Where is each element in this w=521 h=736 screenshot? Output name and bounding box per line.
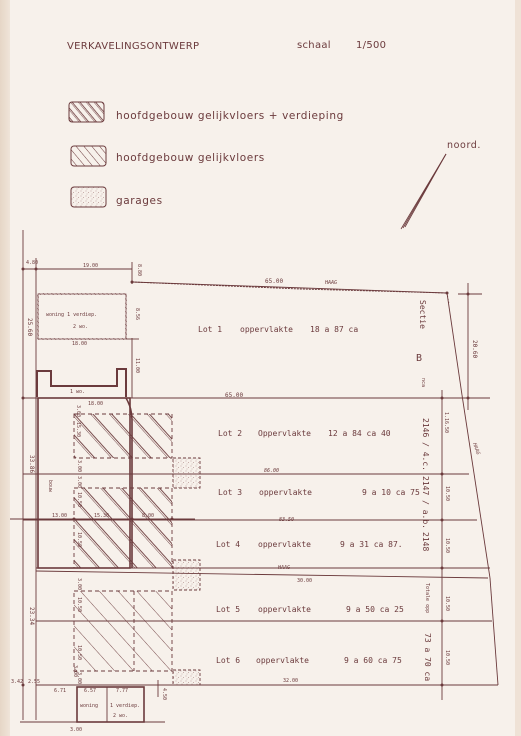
lot-3-area: 9 a 10 ca 75 [362,488,420,497]
dim-label: 2.55 [28,679,40,685]
section-sub: nca [420,378,426,387]
site-plan [0,0,521,736]
lot-5-area-label: oppervlakte [258,605,311,614]
dim-label: 3.00 [70,727,82,733]
dim-label: 33.86 [28,455,35,473]
dim-label: 10.50 [444,596,450,611]
dim-label: 6.57 [84,688,96,694]
dim-label: 15.30 [75,422,81,437]
house-label-bottom: woning [80,703,98,709]
dim-label: 86.00 [264,468,279,474]
total-label: Totale opp [424,583,430,613]
lot-2-area: 12 a 84 ca 40 [328,429,391,438]
lot-2-name: Lot 2 [218,429,242,438]
dim-label: 8.80 [136,264,142,276]
dim-label: 3.42 [11,679,23,685]
dim-label: 10.50 [76,597,82,612]
house-label-bottom-2: 1 verdiep. [110,703,140,709]
section-label: Sectie [418,300,427,329]
lot-2-area-label: Oppervlakte [258,429,311,438]
lot-1-area-label: oppervlakte [240,325,293,334]
dim-label: 10.50 [76,492,82,507]
dim-label: 3.00 [76,460,82,472]
house-label-bottom-3: 2 wo. [113,713,128,719]
lot-4-area: 9 a 31 ca 87. [340,540,403,549]
dim-label: 30.00 [297,578,312,584]
dim-label: 18.00 [72,341,87,347]
house-label-top-2: 2 wo. [73,324,88,330]
side-note: bouw [47,480,53,492]
dim-label: 4.80 [26,260,38,266]
lot-4-name: Lot 4 [216,540,240,549]
dim-label: 10.50 [444,486,450,501]
dim-label: 10.50 [444,650,450,665]
dim-label: 3.00 [76,578,82,590]
house-label-top: woning 1 verdiep. [46,312,97,318]
dim-label: 6.71 [54,688,66,694]
lot-3-area-label: oppervlakte [259,488,312,497]
dim-label: 8.00 [142,513,154,519]
dim-label: 32.00 [283,678,298,684]
dim-label: 83.50 [279,517,294,523]
dim-label: 23.34 [28,607,35,625]
dim-label: 3.00 [76,476,82,488]
lot-5-area: 9 a 50 ca 25 [346,605,404,614]
lot-3-name: Lot 3 [218,488,242,497]
dim-label: 13.00 [52,513,67,519]
dim-label: 19.00 [83,263,98,269]
parcel-2148: 2148 [421,532,430,551]
dim-label: 65.00 [225,392,243,399]
dim-label: 15.30 [94,513,109,519]
dim-label: 7.77 [116,688,128,694]
dim-label: 10.50 [76,645,82,660]
annex-label: 1 wo. [70,389,85,395]
hedge-label: HAAG [278,565,290,571]
lot-6-area: 9 a 60 ca 75 [344,656,402,665]
dim-label: 3.00 [75,405,81,417]
dim-label: 10.50 [76,532,82,547]
dim-label: 1.16.50 [443,412,449,433]
dim-label: 3.00 [72,665,78,677]
dim-label: 11.00 [134,358,140,373]
lot-1-name: Lot 1 [198,325,222,334]
dim-label: 10.50 [444,538,450,553]
dim-label: 4.50 [161,688,167,700]
parcel-2147: 2147 / a.b. [421,476,430,529]
dim-label: 65.00 [265,278,283,285]
lot-4-area-label: oppervlakte [258,540,311,549]
parcel-2146: 2146 / 4.c. [421,418,430,471]
lot-5-name: Lot 5 [216,605,240,614]
lot-6-area-label: oppervlakte [256,656,309,665]
hedge-label: HAAG [325,280,337,286]
dim-label: 25.60 [26,318,33,336]
lot-6-name: Lot 6 [216,656,240,665]
total-area: 73 a 70 ca [423,633,432,681]
dim-label: 18.00 [88,401,103,407]
section-letter: B [416,353,422,364]
dim-label: 8.56 [134,308,140,320]
dim-label: 20.60 [471,340,478,358]
lot-1-area: 18 a 87 ca [310,325,358,334]
